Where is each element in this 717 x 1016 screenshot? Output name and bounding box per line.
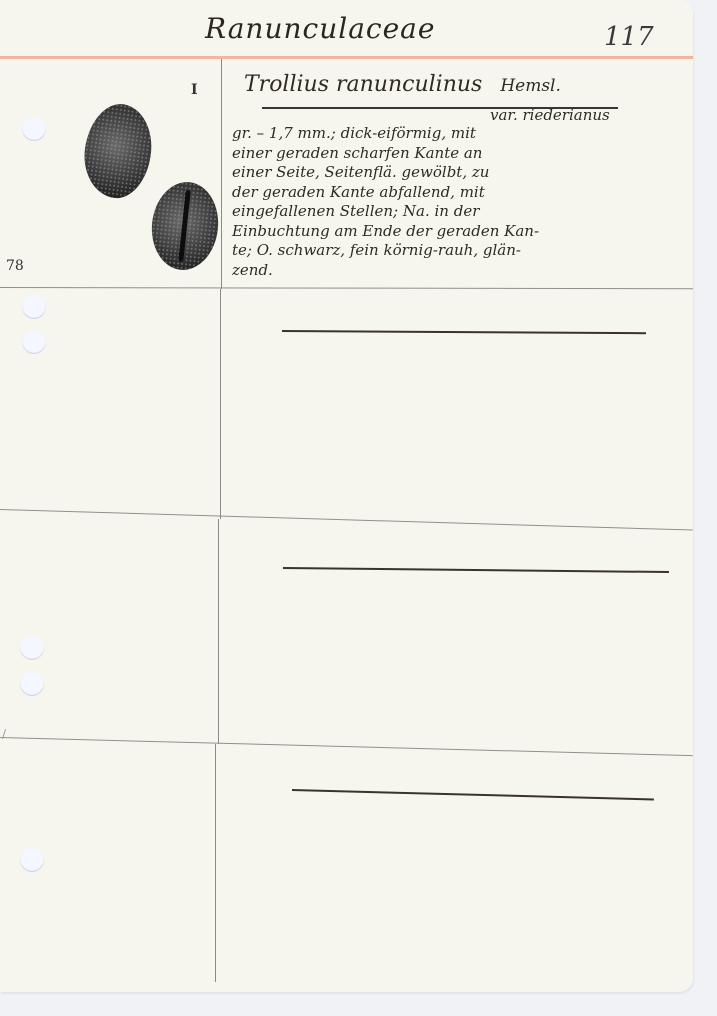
punch-hole (20, 636, 44, 660)
column-divider (220, 289, 221, 519)
description-line: der geraden Kante abfallend, mit (232, 183, 684, 203)
section-marker: I (191, 82, 198, 98)
row-divider (0, 737, 693, 756)
punch-hole (20, 672, 44, 696)
row-divider (0, 287, 693, 289)
family-title: Ranunculaceae (205, 12, 435, 45)
species-name: Trollius ranunculinus (244, 72, 482, 97)
blank-species-line (282, 330, 646, 334)
seed-ventral-view-illustration (148, 179, 223, 273)
description-line: te; O. schwarz, fein körnig-rauh, glän- (232, 241, 684, 261)
species-author: Hemsl. (500, 76, 561, 96)
row-divider (0, 509, 693, 531)
column-divider (215, 744, 216, 982)
punch-hole (22, 117, 46, 141)
punch-hole (22, 330, 46, 354)
seed-side-view-illustration (79, 100, 157, 202)
description-line: einer geraden scharfen Kante an (232, 144, 684, 164)
description-line: einer Seite, Seitenflä. gewölbt, zu (232, 163, 684, 183)
seed-ridge (178, 190, 190, 262)
pencil-tick: / (2, 727, 6, 741)
punch-hole (20, 848, 44, 872)
description-line: eingefallenen Stellen; Na. in der (232, 202, 684, 222)
column-divider (221, 59, 222, 289)
index-card: Ranunculaceae 117 I 78 Trollius ranuncul… (0, 0, 693, 992)
card-number: 117 (604, 22, 654, 52)
seed-description: gr. – 1,7 mm.; dick-eiförmig, mit einer … (232, 124, 684, 280)
blank-species-line (292, 789, 654, 800)
blank-species-line (283, 567, 669, 573)
description-line: gr. – 1,7 mm.; dick-eiförmig, mit (232, 124, 684, 144)
species-heading: Trollius ranunculinusHemsl. (244, 72, 561, 97)
description-line: Einbuchtung am Ende der geraden Kan- (232, 222, 684, 242)
column-divider (218, 519, 219, 744)
species-variety: var. riederianus (490, 106, 610, 124)
header-rule (0, 56, 693, 59)
punch-hole (22, 295, 46, 319)
description-line: zend. (232, 261, 684, 281)
row-number: 78 (6, 258, 24, 274)
